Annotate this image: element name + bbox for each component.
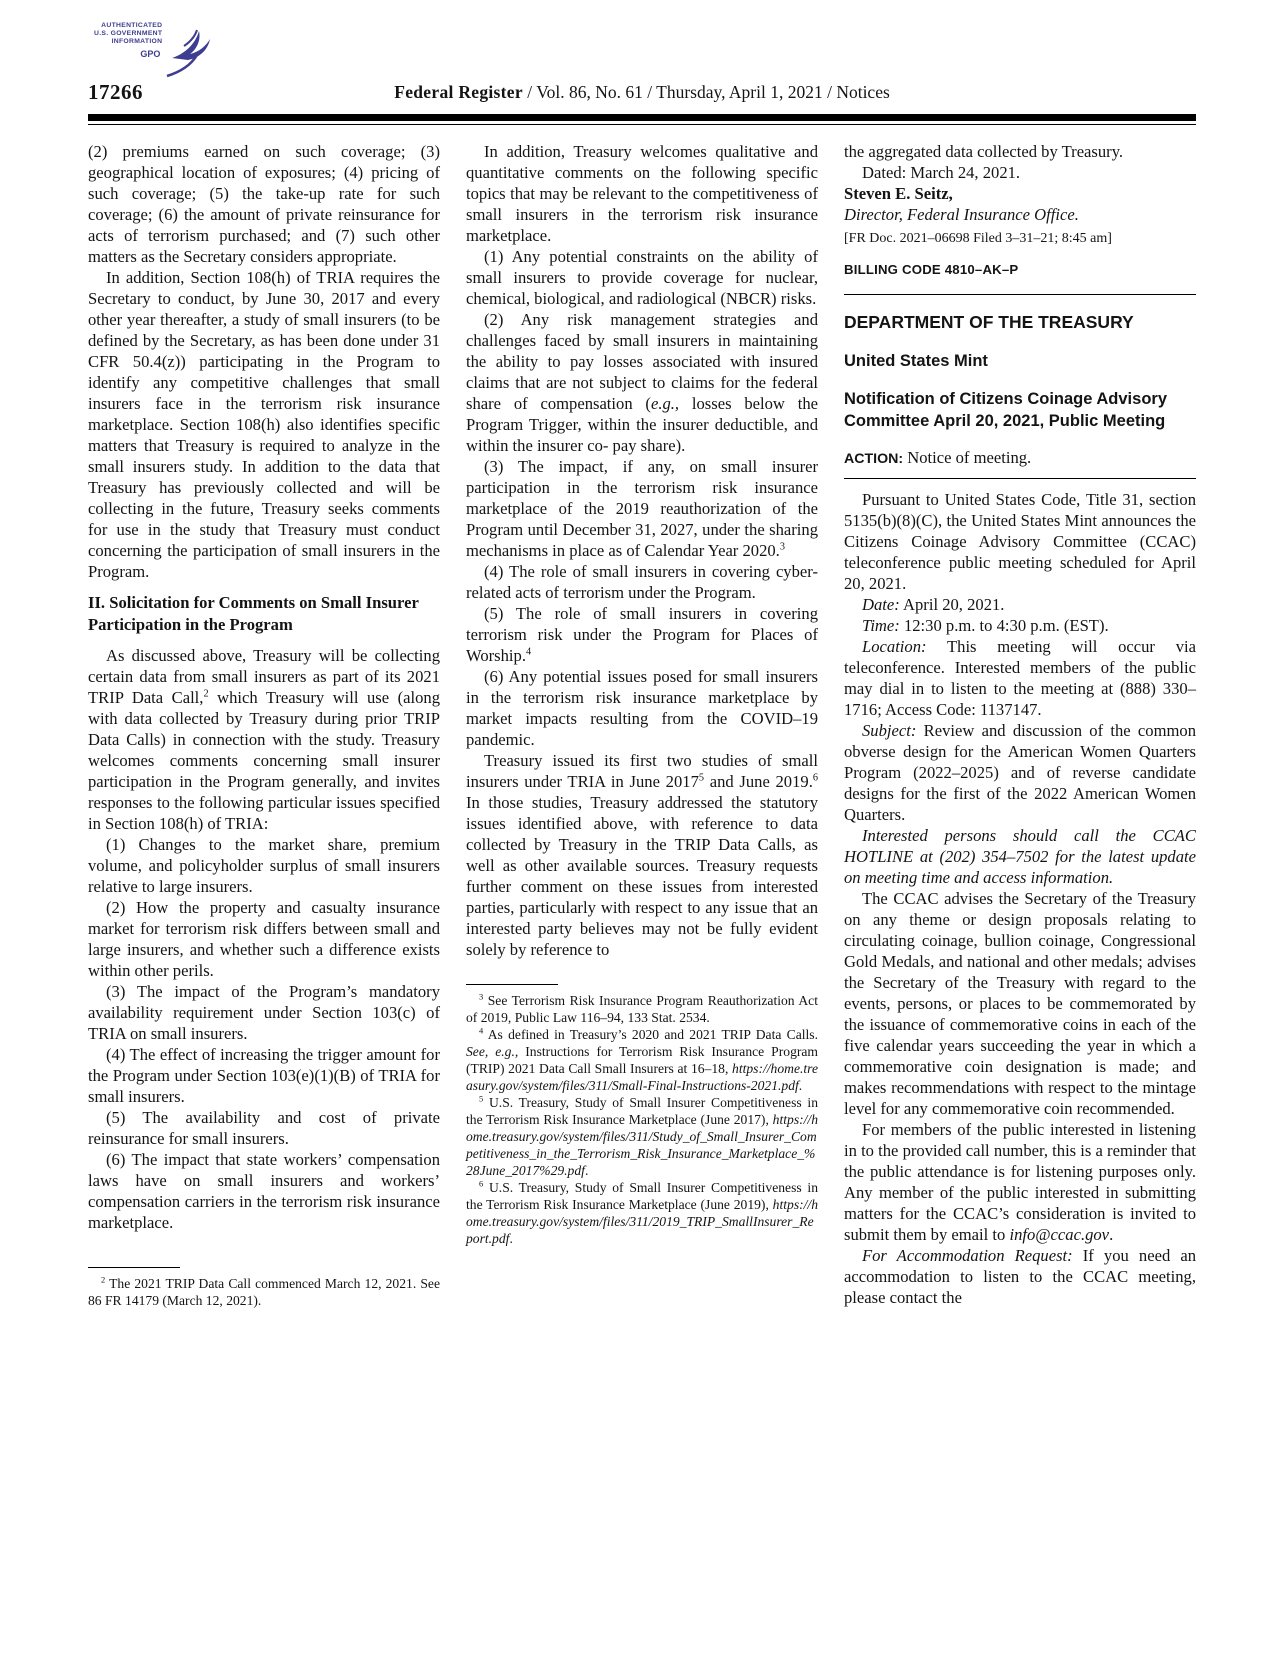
paragraph-text: In those studies, Treasury addressed the… (466, 793, 818, 959)
list-item-5: (5) The availability and cost of private… (88, 1107, 440, 1149)
column-3: the aggregated data collected by Treasur… (844, 141, 1196, 1309)
list-item-4: (4) The role of small insurers in coveri… (466, 561, 818, 603)
action-label: ACTION: (844, 451, 903, 467)
italic-label: For Accommodation Request: (862, 1246, 1073, 1265)
paragraph-text: and June 2019. (704, 772, 813, 791)
list-item-3: (3) The impact of the Program’s mandator… (88, 981, 440, 1044)
footnote-rule (88, 1267, 180, 1268)
list-item-6: (6) Any potential issues posed for small… (466, 666, 818, 750)
paragraph: In addition, Section 108(h) of TRIA requ… (88, 267, 440, 582)
list-item-2: (2) How the property and casualty insura… (88, 897, 440, 981)
edition-title-rest: / Vol. 86, No. 61 / Thursday, April 1, 2… (523, 82, 890, 102)
edition-title-bold: Federal Register (394, 82, 523, 102)
footnote-rule (466, 984, 558, 985)
gpo-seal-text: INFORMATION (94, 38, 162, 46)
edition-title: Federal Register / Vol. 86, No. 61 / Thu… (88, 82, 1196, 103)
footnote-5: 5 U.S. Treasury, Study of Small Insurer … (466, 1094, 818, 1179)
time-line: Time: 12:30 p.m. to 4:30 p.m. (EST). (844, 615, 1196, 636)
column-layout: (2) premiums earned on such coverage; (3… (88, 141, 1196, 1309)
italic-text: e.g., (651, 394, 679, 413)
paragraph: In addition, Treasury welcomes qualitati… (466, 141, 818, 246)
list-item-1: (1) Any potential constraints on the abi… (466, 246, 818, 309)
footnote-text: . (799, 1078, 802, 1093)
list-item-5: (5) The role of small insurers in coveri… (466, 603, 818, 666)
continuation-paragraph: (2) premiums earned on such coverage; (3… (88, 141, 440, 267)
federal-register-page: AUTHENTICATED U.S. GOVERNMENT INFORMATIO… (0, 0, 1280, 1309)
signature-name: Steven E. Seitz, (844, 183, 1196, 204)
email-text: info@ccac.gov (1009, 1225, 1109, 1244)
footnote-text: . (509, 1231, 512, 1246)
footnote-text: As defined in Treasury’s 2020 and 2021 T… (483, 1027, 818, 1042)
italic-label: Date: (862, 595, 900, 614)
footnote-6: 6 U.S. Treasury, Study of Small Insurer … (466, 1179, 818, 1247)
notice-title: Notification of Citizens Coinage Advisor… (844, 389, 1196, 432)
paragraph: As discussed above, Treasury will be col… (88, 645, 440, 834)
italic-label: Subject: (862, 721, 916, 740)
footnote-text: See Terrorism Risk Insurance Program Rea… (466, 993, 818, 1025)
footnotes: 2 The 2021 TRIP Data Call commenced Marc… (88, 1267, 440, 1309)
footnote-text: . (585, 1163, 588, 1178)
column-1: (2) premiums earned on such coverage; (3… (88, 141, 440, 1309)
continuation-paragraph: the aggregated data collected by Treasur… (844, 141, 1196, 162)
gpo-authenticated-seal: AUTHENTICATED U.S. GOVERNMENT INFORMATIO… (88, 14, 1196, 80)
action-rule (844, 478, 1196, 479)
dated-line: Dated: March 24, 2021. (844, 162, 1196, 183)
footnote-2: 2 The 2021 TRIP Data Call commenced Marc… (88, 1275, 440, 1309)
italic-label: Time: (862, 616, 900, 635)
subject-line: Subject: Review and discussion of the co… (844, 720, 1196, 825)
paragraph-text: (3) The impact, if any, on small insurer… (466, 457, 818, 560)
document-separator-rule (844, 294, 1196, 295)
paragraph: For members of the public interested in … (844, 1119, 1196, 1245)
paragraph: Pursuant to United States Code, Title 31… (844, 489, 1196, 594)
accommodation-paragraph: For Accommodation Request: If you need a… (844, 1245, 1196, 1308)
action-text: Notice of meeting. (903, 448, 1031, 467)
section-heading: II. Solicitation for Comments on Small I… (88, 592, 440, 636)
paragraph-text: . (1109, 1225, 1113, 1244)
footnote-text: The 2021 TRIP Data Call commenced March … (88, 1276, 440, 1308)
billing-code: BILLING CODE 4810–AK–P (844, 259, 1196, 280)
location-line: Location: This meeting will occur via te… (844, 636, 1196, 720)
footnote-ref-4: 4 (526, 646, 531, 657)
paragraph-text: which Treasury will use (along with data… (88, 688, 440, 833)
paragraph: Treasury issued its first two studies of… (466, 750, 818, 960)
column-2: In addition, Treasury welcomes qualitati… (466, 141, 818, 1309)
italic-text: See, e.g., (466, 1044, 518, 1059)
signature-title: Director, Federal Insurance Office. (844, 204, 1196, 225)
hotline-paragraph: Interested persons should call the CCAC … (844, 825, 1196, 888)
fr-doc-line: [FR Doc. 2021–06698 Filed 3–31–21; 8:45 … (844, 228, 1196, 249)
list-item-6: (6) The impact that state workers’ compe… (88, 1149, 440, 1233)
footnote-4: 4 As defined in Treasury’s 2020 and 2021… (466, 1026, 818, 1094)
date-line: Date: April 20, 2021. (844, 594, 1196, 615)
gpo-seal-text: U.S. GOVERNMENT (94, 30, 162, 38)
footnote-text: U.S. Treasury, Study of Small Insurer Co… (466, 1180, 818, 1212)
paragraph-text: April 20, 2021. (900, 595, 1005, 614)
department-heading: DEPARTMENT OF THE TREASURY (844, 312, 1196, 334)
list-item-1: (1) Changes to the market share, premium… (88, 834, 440, 897)
paragraph: The CCAC advises the Secretary of the Tr… (844, 888, 1196, 1119)
page-header: 17266 Federal Register / Vol. 86, No. 61… (88, 80, 1196, 106)
header-rule-thick (88, 114, 1196, 121)
list-item-2: (2) Any risk management strategies and c… (466, 309, 818, 456)
gpo-eagle-icon (164, 22, 212, 85)
action-line: ACTION: Notice of meeting. (844, 447, 1196, 470)
italic-label: Location: (862, 637, 927, 656)
gpo-seal-label: GPO (94, 49, 162, 59)
paragraph-text: (5) The role of small insurers in coveri… (466, 604, 818, 665)
footnote-3: 3 See Terrorism Risk Insurance Program R… (466, 992, 818, 1026)
footnotes: 3 See Terrorism Risk Insurance Program R… (466, 984, 818, 1247)
footnote-ref-6: 6 (813, 772, 818, 783)
paragraph-text: 12:30 p.m. to 4:30 p.m. (EST). (900, 616, 1109, 635)
gpo-seal-text: AUTHENTICATED (94, 22, 162, 30)
list-item-4: (4) The effect of increasing the trigger… (88, 1044, 440, 1107)
list-item-3: (3) The impact, if any, on small insurer… (466, 456, 818, 561)
agency-heading: United States Mint (844, 351, 1196, 373)
footnote-ref-3: 3 (780, 541, 785, 552)
footnote-text: U.S. Treasury, Study of Small Insurer Co… (466, 1095, 818, 1127)
header-rule-thin (88, 124, 1196, 126)
